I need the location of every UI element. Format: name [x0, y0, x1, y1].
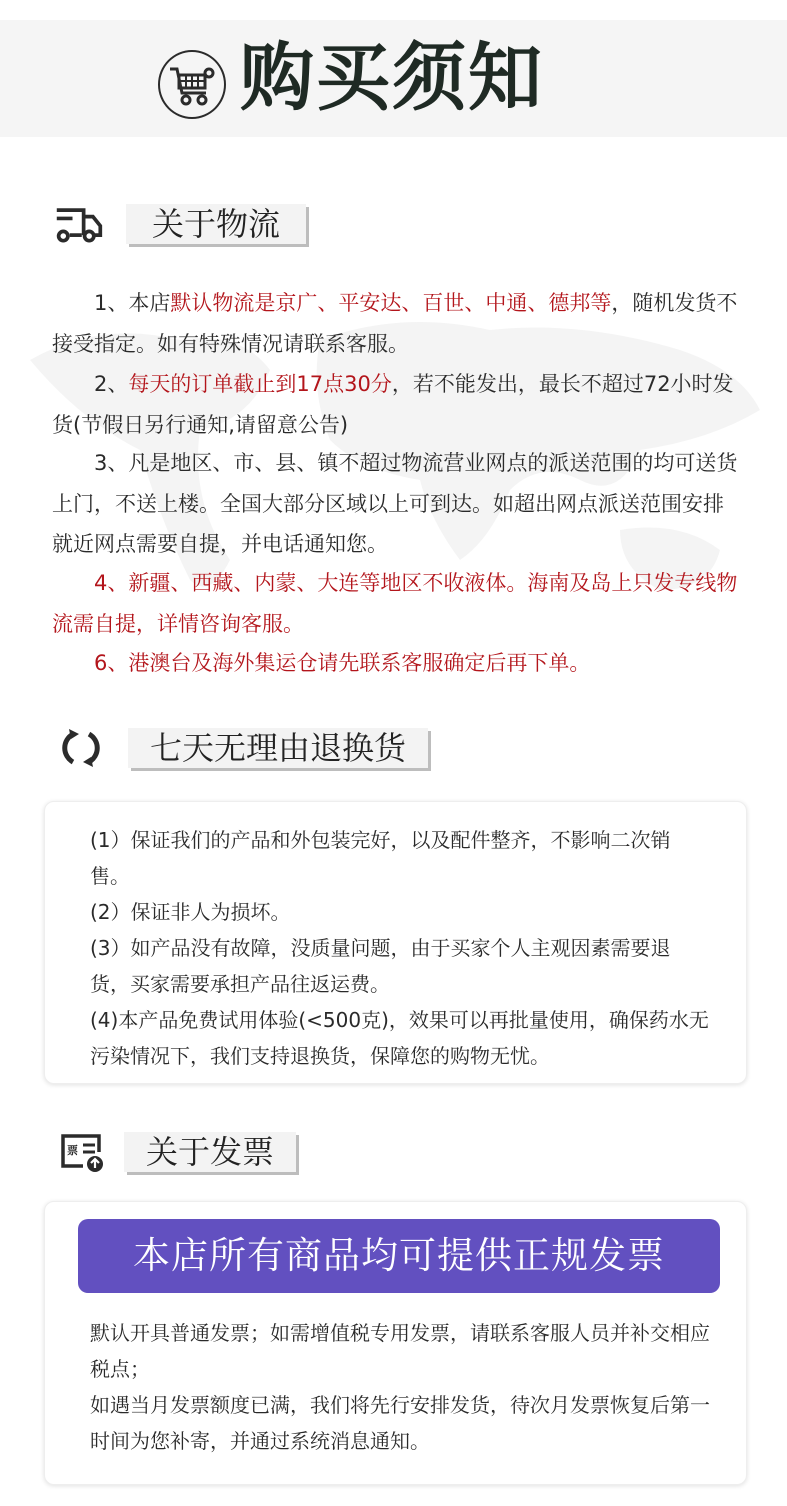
section-title: 七天无理由退换货 [128, 728, 428, 768]
invoice-card: 本店所有商品均可提供正规发票 默认开具普通发票；如需增值税专用发票，请联系客服人… [44, 1201, 747, 1485]
invoice-banner: 本店所有商品均可提供正规发票 [78, 1219, 720, 1293]
invoice-icon: 票 [58, 1127, 108, 1177]
returns-card: (1）保证我们的产品和外包装完好，以及配件整齐，不影响二次销售。 (2）保证非人… [44, 801, 747, 1084]
section-title: 关于发票 [124, 1132, 296, 1172]
returns-item-1: (1）保证我们的产品和外包装完好，以及配件整齐，不影响二次销售。 [90, 822, 710, 894]
refresh-icon [56, 723, 106, 773]
logistics-item-2: 2、每天的订单截止到17点30分，若不能发出，最长不超过72小时发货(节假日另行… [52, 364, 742, 445]
invoice-item-1: 默认开具普通发票；如需增值税专用发票，请联系客服人员并补交相应税点； [90, 1315, 710, 1387]
cart-badge [158, 50, 226, 119]
shopping-cart-icon [168, 65, 220, 109]
logistics-item-1: 1、本店默认物流是京广、平安达、百世、中通、德邦等，随机发货不接受指定。如有特殊… [52, 283, 742, 364]
returns-item-2: (2）保证非人为损坏。 [90, 894, 710, 930]
truck-icon [54, 199, 104, 249]
svg-text:票: 票 [67, 1143, 78, 1157]
returns-item-4: (4)本产品免费试用体验(<500克)，效果可以再批量使用，确保药水无污染情况下… [90, 1002, 710, 1074]
logistics-item-6: 6、港澳台及海外集运仓请先联系客服确定后再下单。 [52, 643, 742, 684]
section-header-invoice: 票 关于发票 [58, 1127, 296, 1177]
logistics-item-3: 3、凡是地区、市、县、镇不超过物流营业网点的派送范围的均可送货上门，不送上楼。全… [52, 443, 742, 565]
section-header-returns: 七天无理由退换货 [56, 723, 428, 773]
logistics-item-4: 4、新疆、西藏、内蒙、大连等地区不收液体。海南及岛上只发专线物流需自提，详情咨询… [52, 563, 742, 644]
page-title: 购买须知 [240, 38, 544, 118]
section-title: 关于物流 [126, 204, 306, 244]
section-header-logistics: 关于物流 [54, 199, 306, 249]
invoice-item-2: 如遇当月发票额度已满，我们将先行安排发货，待次月发票恢复后第一时间为您补寄，并通… [90, 1387, 710, 1459]
returns-item-3: (3）如产品没有故障，没质量问题，由于买家个人主观因素需要退货，买家需要承担产品… [90, 930, 710, 1002]
